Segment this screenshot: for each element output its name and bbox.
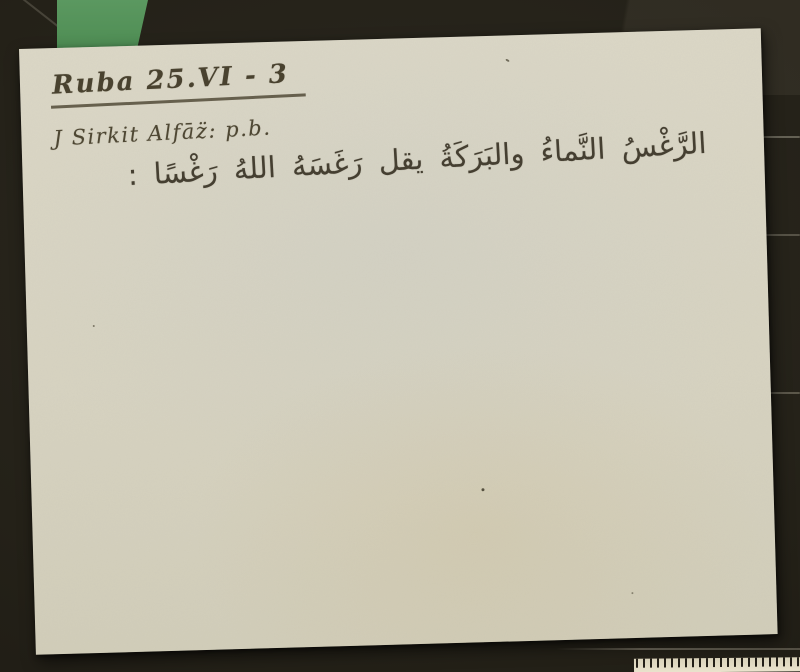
index-card: Ruba 25.VI - 3 J Sirkit Alfāz̈: p.b. الر… <box>19 28 778 654</box>
reference-line: Ruba 25.VI - 3 <box>49 58 306 108</box>
ink-speck <box>481 488 484 491</box>
slip-edge-mark <box>762 234 800 236</box>
slip-edge-mark <box>758 136 800 138</box>
ink-speck <box>631 592 633 594</box>
ruler-tick-marks <box>636 657 800 667</box>
ink-speck <box>93 325 95 327</box>
surface-glint <box>556 648 800 650</box>
ruler <box>634 657 800 672</box>
ink-speck <box>505 59 509 63</box>
source-line: J Sirkit Alfāz̈: p.b. <box>53 116 272 151</box>
